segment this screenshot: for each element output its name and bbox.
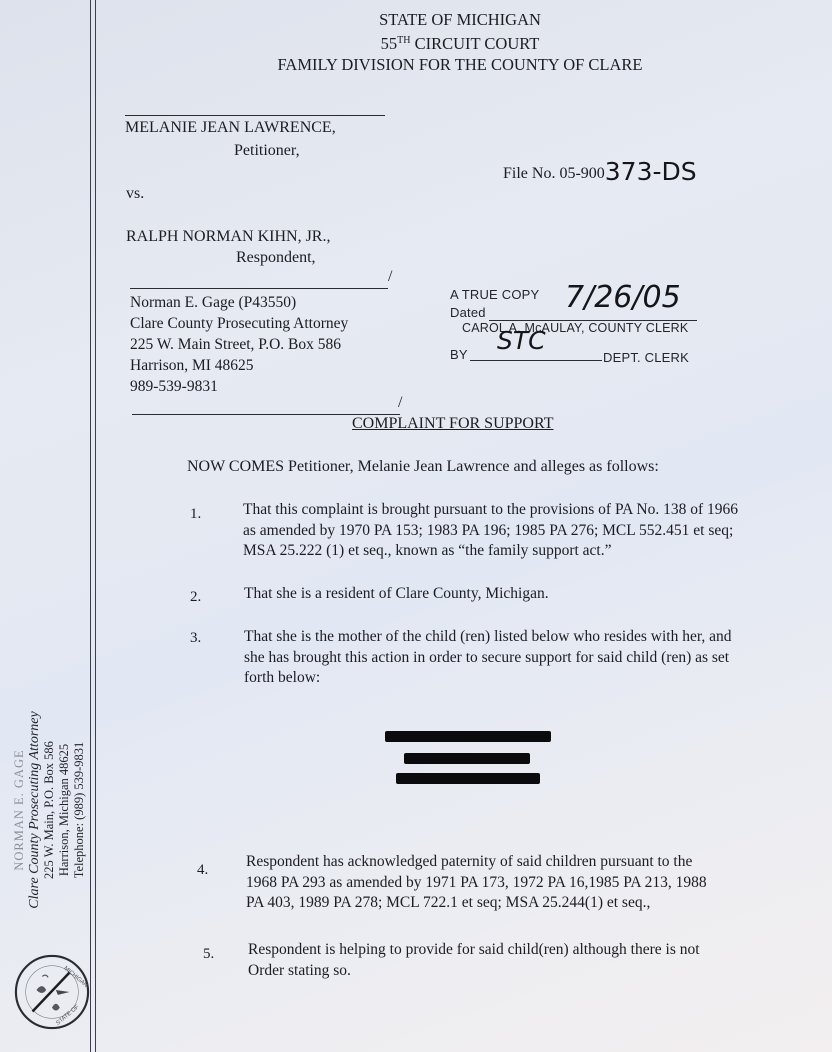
paragraph-3-number: 3. [190,630,201,647]
file-number-handwritten: 373-DS [605,157,697,186]
stamp-true-copy: A TRUE COPY [450,287,539,302]
stamp-by-label: BY [450,347,468,362]
paragraph-3-text: That she is the mother of the child (ren… [244,627,732,689]
redacted-child-name [385,731,551,742]
attorney-title: Clare County Prosecuting Attorney [130,313,348,334]
paragraph-2-number: 2. [190,589,201,606]
paragraph-1-text: That this complaint is brought pursuant … [243,500,738,562]
margin-rule-right [95,0,96,1052]
caption-top-rule [125,115,385,116]
redacted-child-ssn [396,773,540,784]
paragraph-1-number: 1. [190,506,201,523]
attorney-slash: / [398,394,402,412]
paragraph-4-number: 4. [197,862,208,879]
sidebar-title: Clare County Prosecuting Attorney [27,685,42,935]
county-seal-icon: MICHIGAN STATE OF [13,953,91,1031]
sidebar-city: Harrison, Michigan 48625 [57,685,72,935]
court-header: STATE OF MICHIGAN 55TH CIRCUIT COURT FAM… [250,9,670,75]
attorney-phone: 989-539-9831 [130,376,348,397]
stamp-dated-handwritten: 7/26/05 [565,280,681,315]
attorney-city: Harrison, MI 48625 [130,355,348,376]
stamp-by-handwritten: STC [497,326,546,355]
attorney-name: Norman E. Gage (P43550) [130,292,348,313]
stamp-clerk-name: CAROL A. McAULAY, COUNTY CLERK [462,321,688,335]
caption-bottom-rule [130,288,388,289]
respondent-role: Respondent, [236,249,316,267]
file-number: File No. 05-900373-DS [503,155,697,184]
paragraph-2-text: That she is a resident of Clare County, … [244,584,549,605]
intro-text: NOW COMES Petitioner, Melanie Jean Lawre… [187,458,659,476]
file-number-printed: File No. 05-900 [503,165,605,182]
attorney-street: 225 W. Main Street, P.O. Box 586 [130,334,348,355]
court-name: 55TH CIRCUIT COURT [250,30,670,54]
stamp-by-line [470,360,602,361]
respondent-name: RALPH NORMAN KIHN, JR., [126,228,330,246]
stamp-dated-label: Dated [450,305,486,320]
sidebar-letterhead: NORMAN E. GAGE Clare County Prosecuting … [12,685,87,935]
petitioner-role: Petitioner, [234,142,300,160]
sidebar-name: NORMAN E. GAGE [12,685,27,935]
paragraph-5-text: Respondent is helping to provide for sai… [248,940,700,981]
caption-slash: / [388,268,392,286]
court-state: STATE OF MICHIGAN [250,9,670,30]
stamp-dept-clerk: DEPT. CLERK [603,350,689,365]
attorney-block: Norman E. Gage (P43550) Clare County Pro… [130,292,348,397]
redacted-child-dob [404,753,530,764]
document-title: COMPLAINT FOR SUPPORT [352,415,553,433]
petitioner-name: MELANIE JEAN LAWRENCE, [125,119,336,137]
margin-rule-left [90,0,91,1052]
versus-label: vs. [126,185,144,203]
paragraph-4-text: Respondent has acknowledged paternity of… [246,852,707,914]
court-division: FAMILY DIVISION FOR THE COUNTY OF CLARE [250,54,670,75]
sidebar-address: 225 W. Main, P.O. Box 586 [42,685,57,935]
paragraph-5-number: 5. [203,946,214,963]
sidebar-phone: Telephone: (989) 539-9831 [72,685,87,935]
